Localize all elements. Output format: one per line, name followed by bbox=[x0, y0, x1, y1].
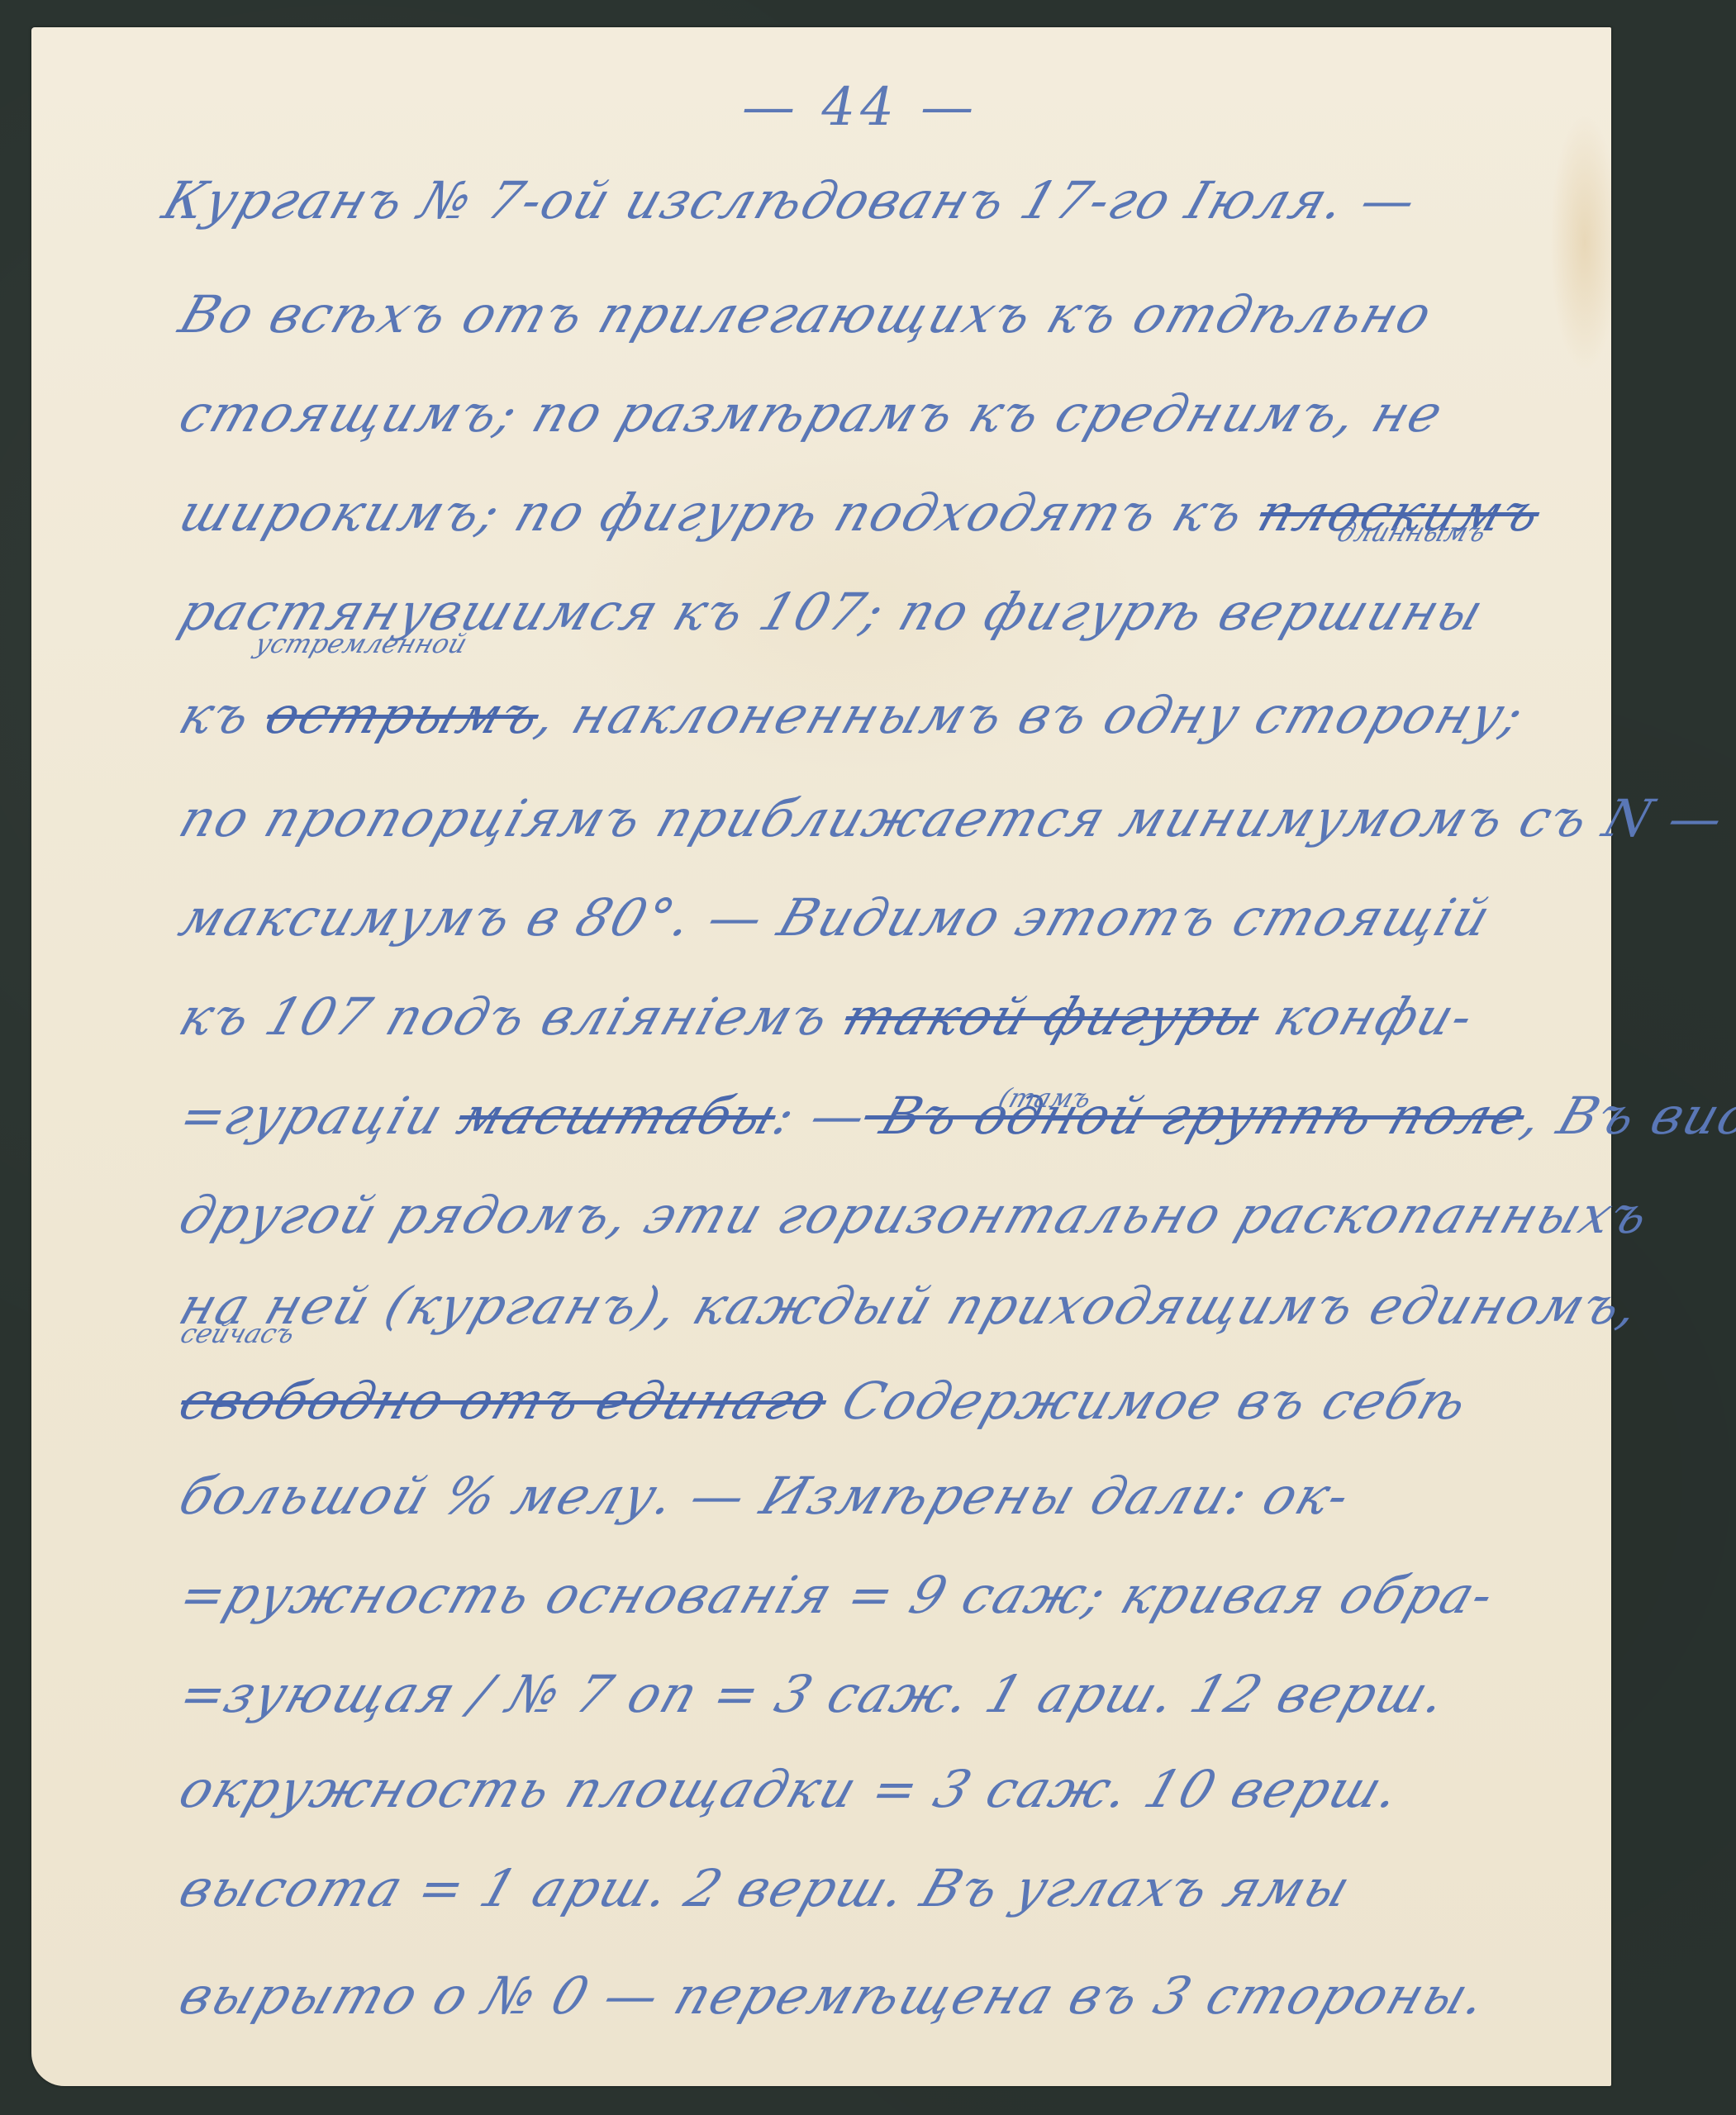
page-number: — 44 — bbox=[742, 77, 978, 138]
line-text: =ружность основанія = 9 саж; кривая обра… bbox=[172, 1565, 1502, 1625]
line-text: другой рядомъ, эти горизонтально раскопа… bbox=[172, 1185, 1658, 1245]
manuscript-line: =ружность основанія = 9 саж; кривая обра… bbox=[174, 1570, 1501, 1621]
line-text: максимумъ в 80°. — Видимо этотъ стоящій bbox=[172, 887, 1499, 948]
manuscript-line: свободно отъ единаго Содержимое въ себѣ bbox=[174, 1376, 1475, 1427]
struck-text: Въ одной группѣ поле bbox=[856, 1086, 1534, 1146]
line-text: =гураціи bbox=[172, 1086, 469, 1146]
manuscript-line: =гураціи масштабы: — Въ одной группѣ пол… bbox=[174, 1091, 1736, 1142]
manuscript-line: другой рядомъ, эти горизонтально раскопа… bbox=[174, 1190, 1656, 1241]
line-text: на ней (курганъ), каждый приходящимъ еди… bbox=[172, 1276, 1648, 1336]
manuscript-line: максимумъ в 80°. — Видимо этотъ стоящій bbox=[174, 892, 1497, 943]
manuscript-line: окружность площадки = 3 саж. 10 верш. bbox=[174, 1764, 1407, 1815]
line-text: вырыто о № 0 — перемѣщена въ 3 стороны. bbox=[172, 1965, 1495, 2026]
manuscript-line: =зующая / № 7 оп = 3 саж. 1 арш. 12 верш… bbox=[174, 1669, 1453, 1720]
manuscript-sheet: — 44 — Курганъ № 7-ой изслѣдованъ 17-го … bbox=[31, 27, 1611, 2086]
line-text: конфи- bbox=[1249, 986, 1482, 1047]
manuscript-line: къ острымъ, наклоненнымъ въ одну сторону… bbox=[174, 690, 1531, 741]
line-text: высота = 1 арш. 2 верш. Въ углахъ ямы bbox=[172, 1858, 1358, 1918]
interlinear-insertion: устремленной bbox=[251, 628, 471, 659]
line-text: , Въ виду bbox=[1515, 1086, 1736, 1146]
manuscript-line: по пропорціямъ приближается минимумомъ с… bbox=[174, 793, 1731, 844]
line-text: стоящимъ; по размѣрамъ къ среднимъ, не bbox=[172, 383, 1451, 444]
manuscript-line: на ней (курганъ), каждый приходящимъ еди… bbox=[174, 1281, 1647, 1332]
struck-text: острымъ bbox=[258, 685, 548, 745]
line-text: къ 107 подъ вліяніемъ bbox=[172, 986, 856, 1047]
manuscript-line: стоящимъ; по размѣрамъ къ среднимъ, не bbox=[174, 388, 1450, 440]
line-text: =зующая / № 7 оп = 3 саж. 1 арш. 12 верш… bbox=[172, 1664, 1455, 1724]
line-text: Содержимое въ себѣ bbox=[816, 1371, 1476, 1431]
line-text: по пропорціямъ приближается минимумомъ с… bbox=[172, 788, 1733, 848]
manuscript-line: большой % мелу. — Измѣрены дали: ок- bbox=[174, 1471, 1358, 1522]
manuscript-line: вырыто о № 0 — перемѣщена въ 3 стороны. bbox=[174, 1970, 1494, 2022]
struck-text: такой фигуры bbox=[836, 986, 1268, 1047]
interlinear-insertion: (тамъ bbox=[995, 1082, 1096, 1114]
line-text: широкимъ; по фигурѣ подходятъ къ bbox=[172, 482, 1271, 543]
struck-text: свободно отъ единаго bbox=[172, 1371, 836, 1431]
line-text: Во всѣхъ отъ прилегающихъ къ отдѣльно bbox=[172, 284, 1440, 345]
struck-text: масштабы bbox=[450, 1086, 786, 1146]
manuscript-line: къ 107 подъ вліяніемъ такой фигуры конфи… bbox=[174, 991, 1481, 1043]
line-text: окружность площадки = 3 саж. 10 верш. bbox=[172, 1759, 1409, 1819]
manuscript-line: высота = 1 арш. 2 верш. Въ углахъ ямы bbox=[174, 1863, 1358, 1914]
line-text: , наклоненнымъ въ одну сторону; bbox=[529, 685, 1533, 745]
interlinear-insertion: длиннымъ bbox=[1334, 516, 1491, 548]
manuscript-line: Во всѣхъ отъ прилегающихъ къ отдѣльно bbox=[174, 289, 1439, 340]
manuscript-line: Курганъ № 7-ой изслѣдованъ 17-го Іюля. — bbox=[157, 175, 1424, 226]
line-text: большой % мелу. — Измѣрены дали: ок- bbox=[172, 1466, 1358, 1526]
interlinear-insertion: сейчасъ bbox=[177, 1318, 299, 1349]
line-text: Курганъ № 7-ой изслѣдованъ 17-го Іюля. — bbox=[155, 170, 1425, 231]
